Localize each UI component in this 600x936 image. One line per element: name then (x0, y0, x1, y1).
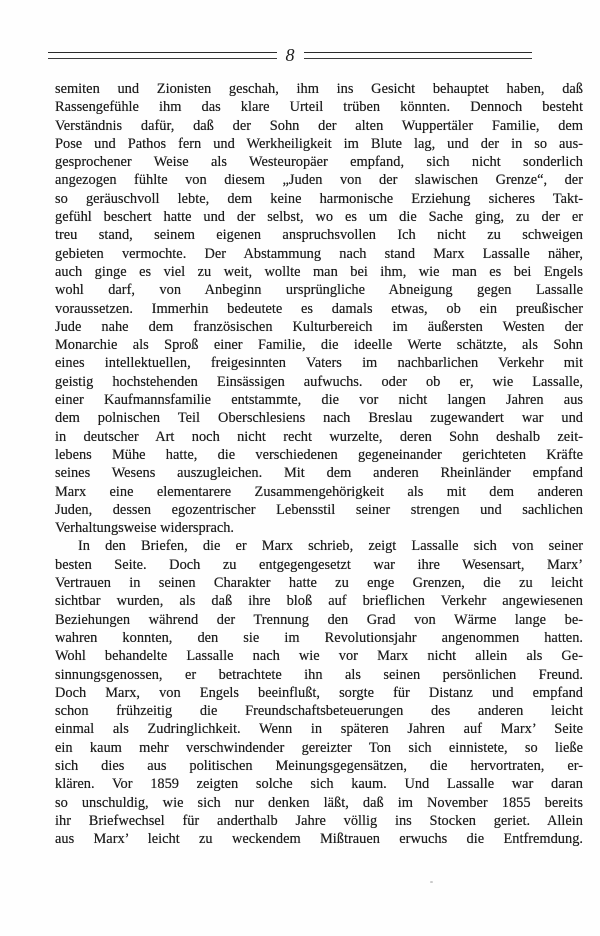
text-line: so unschuldig, wie sich nur denken läßt,… (55, 794, 583, 812)
text-line: semiten und Zionisten geschah, ihm ins G… (55, 80, 583, 98)
text-line: Doch Marx, von Engels beeinflußt, sorgte… (55, 684, 583, 702)
text-line: Juden, dessen egozentrischer Lebensstil … (55, 501, 583, 519)
text-line: einer Kaufmannsfamilie entstammte, die v… (55, 391, 583, 409)
text-line: gefühl beschert hatte und der selbst, wo… (55, 208, 583, 226)
text-line: sichtbar wurden, als daß ihre bloß auf b… (55, 592, 583, 610)
text-line: Rassengefühle ihm das klare Urteil trübe… (55, 98, 583, 116)
text-line: sinnungsgenossen, er betrachtete ihn als… (55, 666, 583, 684)
text-line: Marx eine elementarere Zusammengehörigke… (55, 483, 583, 501)
text-line: Jude nahe dem französischen Kulturbereic… (55, 318, 583, 336)
text-line: Verständnis dafür, daß der Sohn der alte… (55, 117, 583, 135)
text-line: dem polnischen Teil Oberschlesiens nach … (55, 409, 583, 427)
text-line: ihr Briefwechsel für anderthalb Jahre vö… (55, 812, 583, 830)
text-line: gesprochener Weise als Westeuropäer empf… (55, 153, 583, 171)
text-line: wahren konnten, den sie im Revolutionsja… (55, 629, 583, 647)
text-line: Monarchie als Sproß einer Familie, die i… (55, 336, 583, 354)
text-line: schon frühzeitig die Freundschaftsbeteue… (55, 702, 583, 720)
text-line: einmal als Zudringlichkeit. Wenn in spät… (55, 720, 583, 738)
text-line: In den Briefen, die er Marx schrieb, zei… (55, 537, 583, 555)
text-line: lebens Mühe hatte, die verschiedenen geg… (55, 446, 583, 464)
text-line: seines Wesens auszugleichen. Mit dem and… (55, 464, 583, 482)
paragraph: In den Briefen, die er Marx schrieb, zei… (55, 537, 583, 848)
header-rule-right (304, 52, 533, 59)
header-rule-left (48, 52, 277, 59)
text-line: auch ginge es viel zu weit, wollte man b… (55, 263, 583, 281)
text-line: Wohl behandelte Lassalle nach wie vor Ma… (55, 647, 583, 665)
text-line: besten Seite. Doch zu entgegengesetzt wa… (55, 556, 583, 574)
text-line: aus Marx’ leicht zu weckendem Mißtrauen … (55, 830, 583, 848)
text-line: sich dies aus politischen Meinungsgegens… (55, 757, 583, 775)
text-line: voraussetzen. Immerhin bedeutete es dama… (55, 300, 583, 318)
text-line: klären. Vor 1859 zeigten solche sich kau… (55, 775, 583, 793)
page-number: 8 (277, 46, 304, 64)
text-line: ein kaum mehr verschwindender gereizter … (55, 739, 583, 757)
page-text: semiten und Zionisten geschah, ihm ins G… (55, 80, 583, 848)
text-line: treu stand, seinem eigenen anspruchsvoll… (55, 226, 583, 244)
book-page: 8 semiten und Zionisten geschah, ihm ins… (0, 0, 600, 936)
text-line: wohl darf, von Anbeginn ursprüngliche Ab… (55, 281, 583, 299)
text-line: angezogen fühlte von diesem „Juden von d… (55, 171, 583, 189)
text-line: Verhaltungsweise widersprach. (55, 519, 583, 537)
text-line: eines intellektuellen, freigesinnten Vat… (55, 354, 583, 372)
page-header: 8 (48, 46, 532, 64)
text-line: geistig hochstehenden Einsässigen aufwuc… (55, 373, 583, 391)
scan-speck (430, 881, 433, 883)
text-line: Vertrauen in seinen Charakter hatte zu e… (55, 574, 583, 592)
text-line: Pose und Pathos fern und Werkheiligkeit … (55, 135, 583, 153)
text-line: in deutscher Art noch nicht recht wurzel… (55, 428, 583, 446)
text-line: gebieten vermochte. Der Abstammung nach … (55, 245, 583, 263)
paragraph: semiten und Zionisten geschah, ihm ins G… (55, 80, 583, 537)
text-line: so geräuschvoll lebte, dem keine harmoni… (55, 190, 583, 208)
text-line: Beziehungen während der Trennung den Gra… (55, 611, 583, 629)
